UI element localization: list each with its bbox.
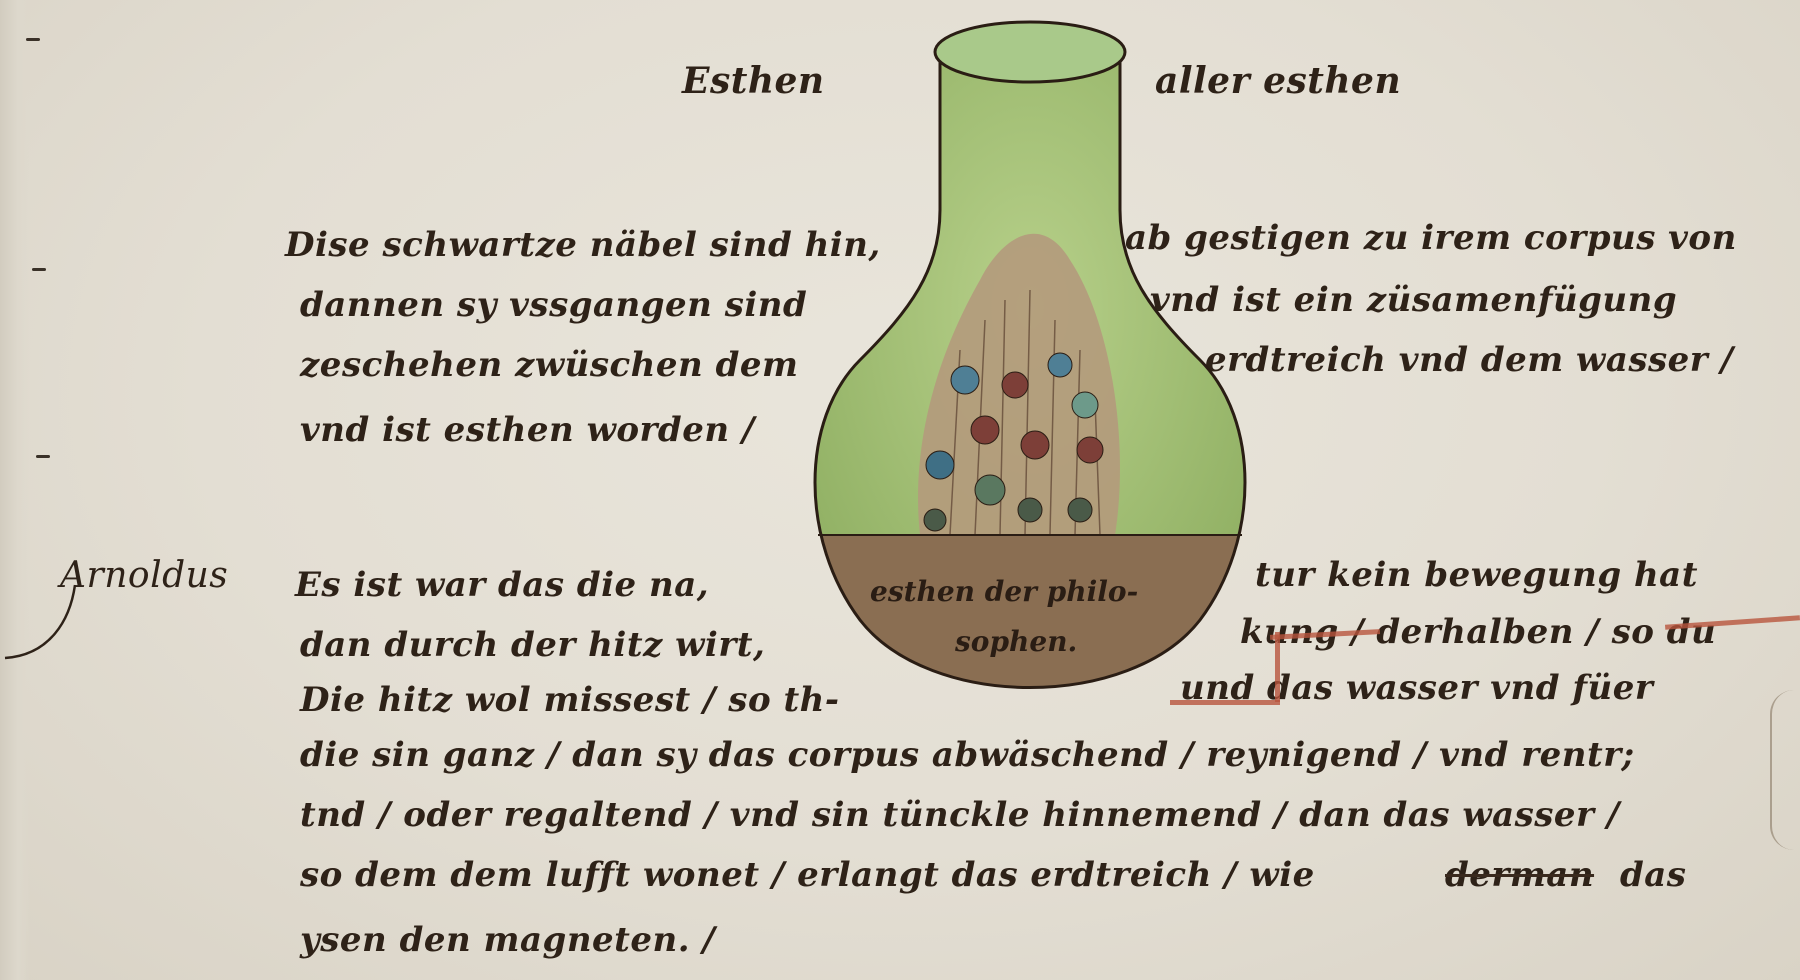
flask-label-line1: esthen der philo-	[870, 575, 1138, 608]
text-line: dannen sy vssgangen sind	[300, 285, 807, 325]
text-line: die sin ganz / dan sy das corpus abwäsch…	[300, 735, 1635, 775]
margin-bracket	[1770, 690, 1794, 850]
text-line: vnd ist esthen worden /	[300, 410, 755, 450]
binding-stitch	[26, 38, 40, 41]
text-line: so dem dem lufft wonet / erlangt das erd…	[300, 855, 1315, 895]
text-line: das	[1620, 855, 1686, 895]
text-line: Es ist war das die na,	[295, 565, 709, 605]
rubric-mark	[1275, 632, 1280, 702]
struck-word: derman	[1445, 855, 1594, 895]
text-line: Dise schwartze näbel sind hin,	[285, 225, 881, 265]
text-line: tur kein bewegung hat	[1255, 555, 1698, 595]
text-line: dan durch der hitz wirt,	[300, 625, 765, 665]
binding-stitch	[32, 268, 46, 271]
text-line: ysen den magneten. /	[300, 920, 715, 960]
margin-flourish	[0, 580, 90, 670]
text-line: erdtreich vnd dem wasser /	[1205, 340, 1733, 380]
manuscript-page: Esthen aller esthen Dise schwartze näbel…	[0, 0, 1800, 980]
text-line: Die hitz wol missest / so th-	[300, 680, 840, 720]
page-spine-edge	[0, 0, 30, 980]
flask-label-line2: sophen.	[955, 625, 1077, 658]
text-line: tnd / oder regaltend / vnd sin tünckle h…	[300, 795, 1620, 835]
binding-stitch	[36, 455, 50, 458]
text-line: zeschehen zwüschen dem	[300, 345, 798, 385]
